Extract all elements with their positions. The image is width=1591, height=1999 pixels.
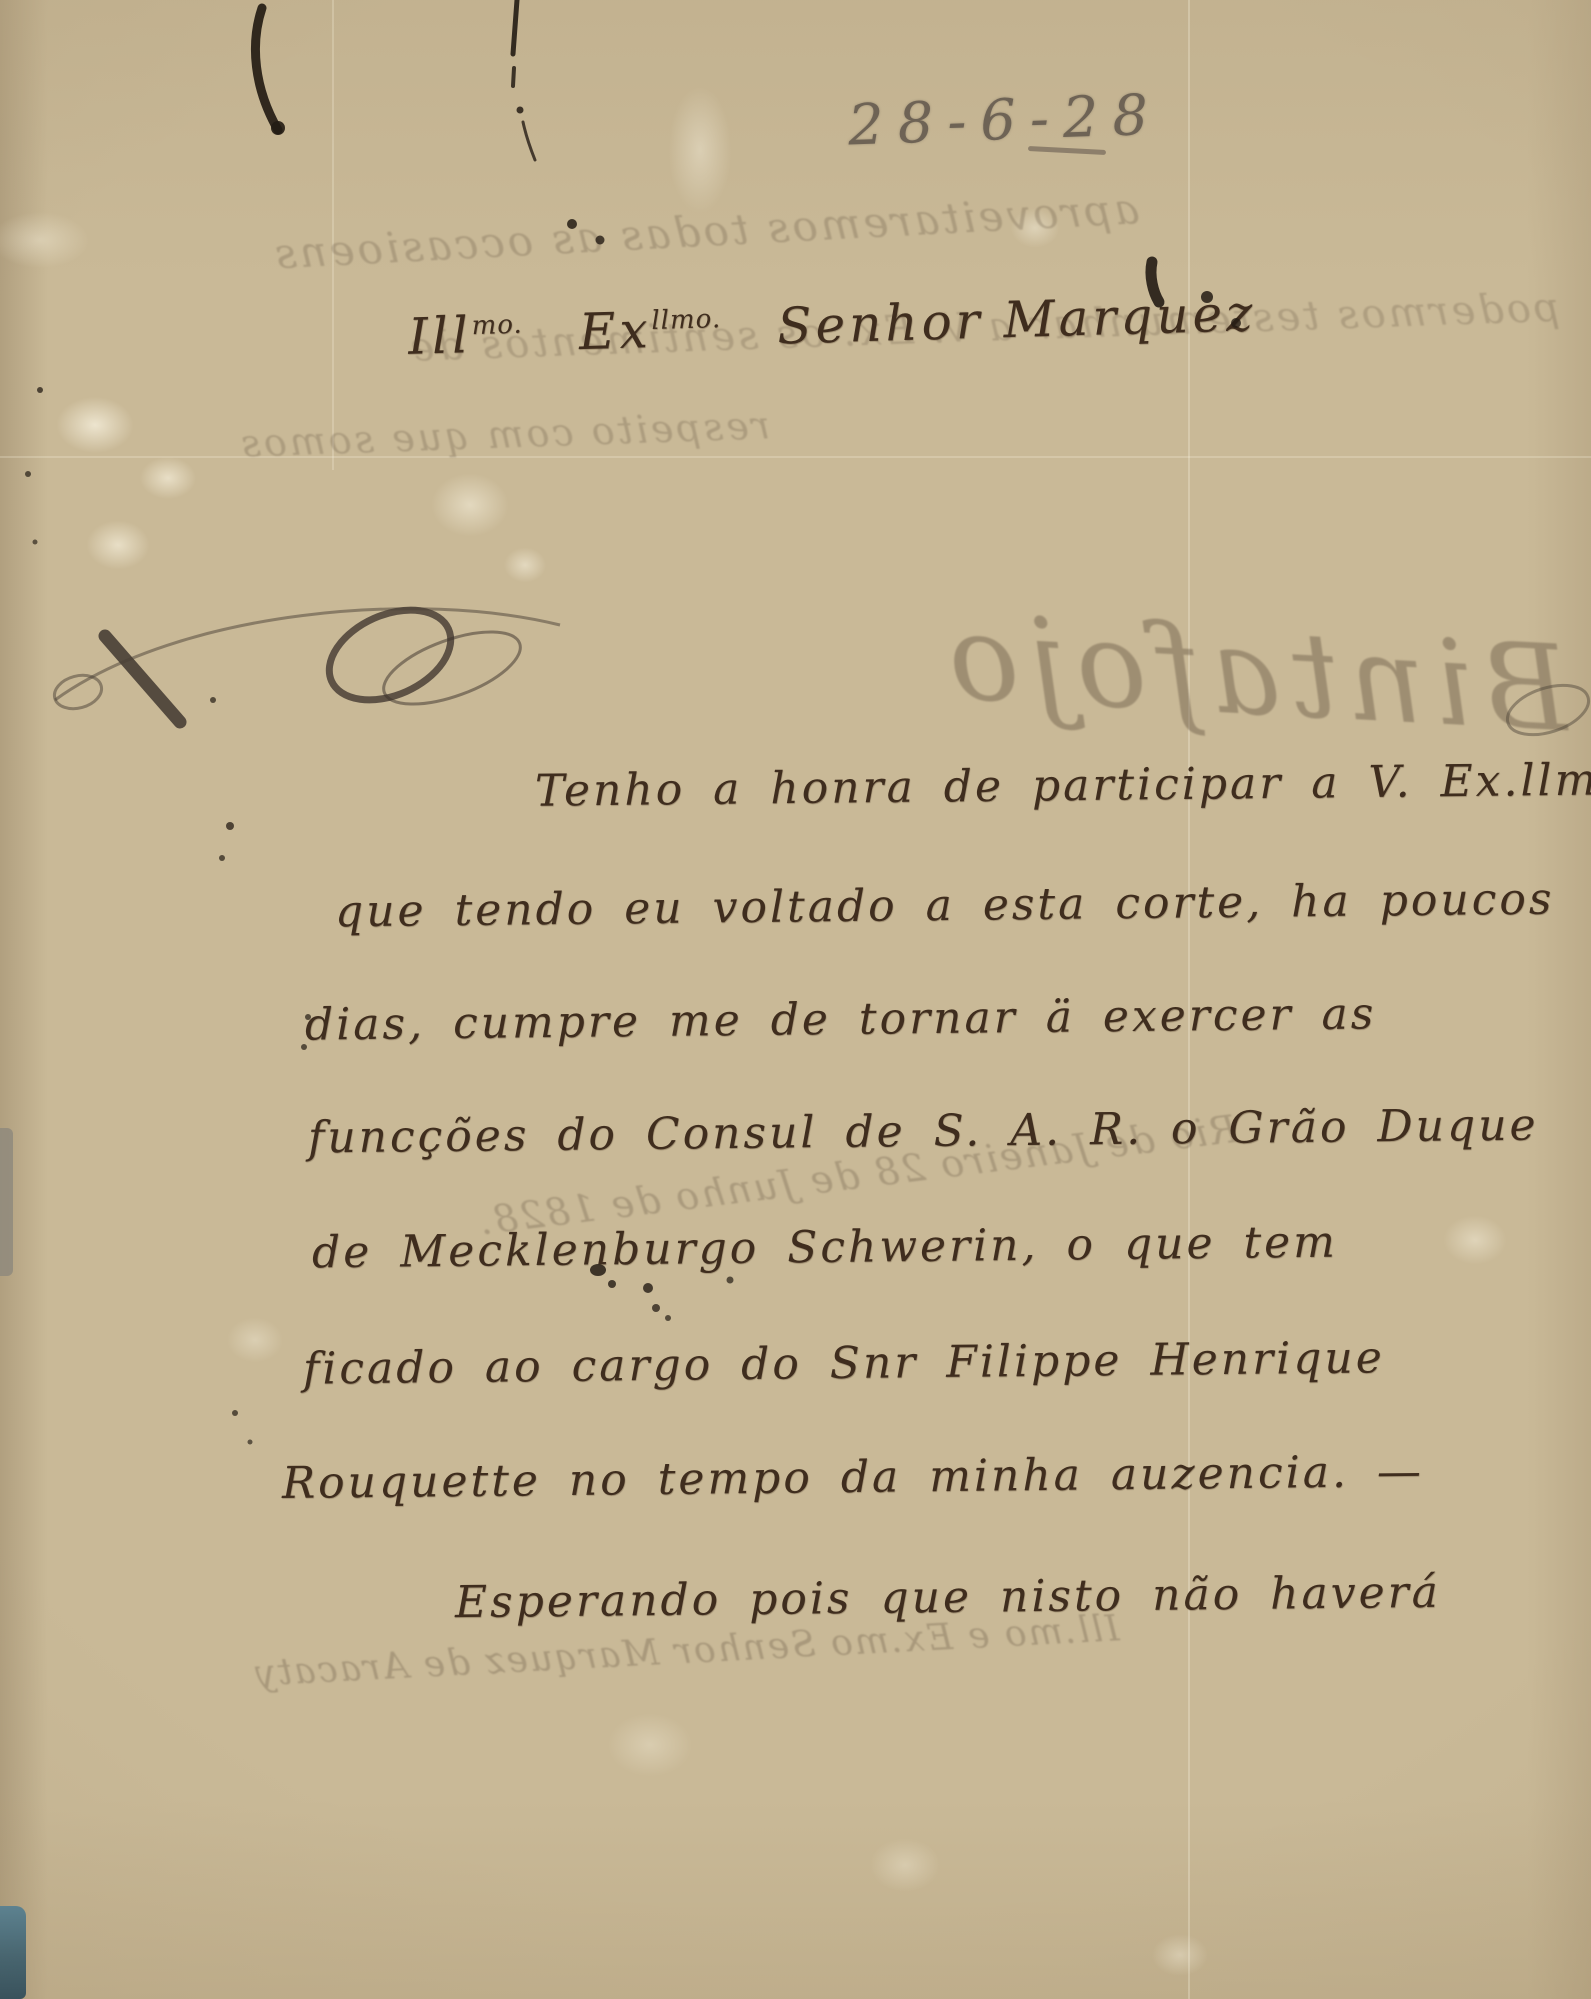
ink-mark-right <box>1151 262 1159 302</box>
ink-stroke-top-center <box>513 0 517 54</box>
flourish-heavy-stroke <box>105 636 180 722</box>
binding-edge-gray <box>0 1128 13 1276</box>
letter-page: aproveitaremos todas as occasioens poder… <box>0 0 1591 1999</box>
ink-speck-cluster <box>590 1264 606 1276</box>
margin-ink-dots <box>37 387 43 393</box>
ink-stroke-marks <box>0 0 1591 1999</box>
ink-stroke-top-left <box>255 8 278 130</box>
binding-fabric-teal <box>0 1906 26 1999</box>
